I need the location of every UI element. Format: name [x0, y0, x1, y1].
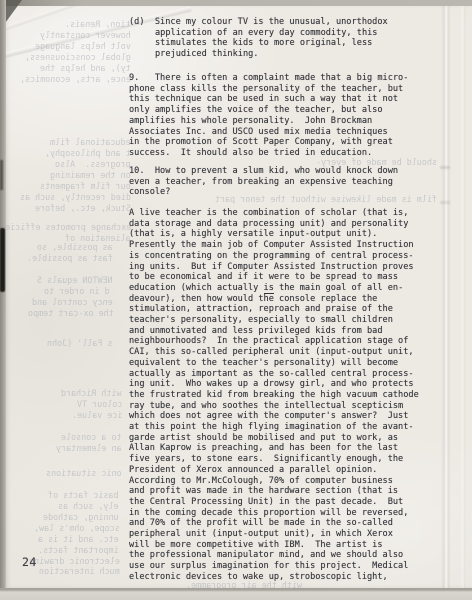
body-line-5: is concentrating on the programming of c…: [129, 251, 414, 262]
body-line-26: According to Mr.McColough, 70% of comput…: [129, 476, 393, 487]
item-10-line-2: even a teacher, from breaking an expensi…: [129, 177, 393, 188]
item-9-line-7: in the promotion of Scott Paper Company,…: [129, 137, 393, 148]
body-line-2: data storage and data processing unit) a…: [129, 219, 408, 230]
body-line-4: Presently the main job of Computer Assis…: [129, 240, 414, 251]
body-line-13: neighbourhoods? In the practical applica…: [129, 336, 408, 347]
bleedthrough-line: important facts.: [38, 545, 119, 555]
scanned-page: { "page": { "number": "24", "line_height…: [0, 0, 472, 600]
bleedthrough-line: fast as possible.: [27, 253, 113, 263]
bleedthrough-line: d in order to: [44, 286, 110, 296]
binding-edge-mark: [0, 160, 3, 190]
bleedthrough-line: on the remaining: [50, 170, 131, 180]
bleedthrough-line: however constantly: [40, 30, 131, 40]
body-line-17: ing unit. Who wakes up a drowsy girl, an…: [129, 379, 414, 390]
item-9-line-4: only amplifies the voice of the teacher,…: [129, 105, 383, 116]
bleedthrough-line: t and philosophy,: [45, 148, 131, 158]
bleedthrough-line: volt helps language: [35, 41, 131, 51]
crease-notch: [440, 166, 450, 169]
item-d-line-1: (d) Since my colour TV is the unusual, u…: [129, 17, 388, 28]
item-9-line-8: success. It should also be tried in educ…: [129, 148, 372, 159]
body-line-18: the frustrated kid from breaking the hig…: [129, 390, 419, 401]
body-line-21: at this point the high flying imaginatio…: [129, 422, 414, 433]
body-line-14: CAI, this so-called peripheral unit (inp…: [129, 347, 414, 358]
body-line-35: electronic devices to wake up, strobosco…: [129, 572, 388, 583]
body-line-34: use our surplus imagination for this pro…: [129, 561, 408, 572]
item-9-line-5: amplifies his whole personality. John Br…: [129, 116, 372, 127]
body-line-22: garde artist should be mobilised and put…: [129, 433, 398, 444]
bleedthrough-line: ence, arts, economics,: [20, 74, 131, 84]
body-line-1: A live teacher is the combination of sch…: [129, 208, 408, 219]
bleedthrough-line: etc. and it is a: [38, 534, 119, 544]
bleedthrough-line: ency control and: [32, 297, 113, 307]
body-line-10: stimulation, attraction, reproach and pr…: [129, 304, 393, 315]
bleedthrough-line: progress. Also: [55, 159, 131, 169]
bleedthrough-line: the ox-cart tempo: [28, 308, 114, 318]
bleedthrough-line: as possible, so: [37, 242, 113, 252]
page-number: 24: [22, 555, 37, 569]
body-line-9: deavour), then how would the console rep…: [129, 294, 377, 305]
scanner-edge-left: [0, 0, 6, 600]
body-line-3: (that is, a highly versatile input-outpu…: [129, 229, 377, 240]
vertical-fold-crease-faint: [460, 4, 466, 589]
bleedthrough-line: tion, Renais.: [65, 19, 131, 29]
bleedthrough-line: Stuck, etc., before: [35, 203, 131, 213]
body-line-24: five years, to stone ears. Significantly…: [129, 454, 403, 465]
body-line-32: will be more competitive with IBM. The a…: [129, 540, 383, 551]
item-d-line-2: application of an every day commodity, t…: [155, 28, 377, 39]
bleedthrough-line: s Fall' (John: [47, 338, 113, 348]
bleedthrough-line: ty), and helps the: [40, 63, 131, 73]
body-line-7: to be economical and if it were to be sp…: [129, 272, 398, 283]
scanner-edge-top: [0, 0, 472, 6]
vertical-fold-crease: [441, 4, 451, 589]
body-line-27: and profit was made in the hardware sect…: [129, 486, 398, 497]
bleedthrough-line: to a console: [61, 432, 122, 442]
item-9-line-6: Associates Inc. and USCO used mix media …: [129, 127, 388, 138]
item-10-line-3: console?: [129, 187, 170, 198]
bleedthrough-line: our film fragments: [40, 181, 131, 191]
body-line-12: and unmotivated and less privileged kids…: [129, 326, 383, 337]
scanner-edge-bottom: [0, 588, 472, 600]
bleedthrough-line: ice value.: [72, 410, 122, 420]
bleedthrough-line: exchange promotes efficiency,: [0, 222, 131, 232]
crease-notch: [440, 201, 450, 204]
body-line-23: Allan Kaprow is preaching, and has been …: [129, 443, 398, 454]
bleedthrough-line: scope, ohm's law,: [34, 523, 120, 533]
bleedthrough-line: film is made likewise without the tenor …: [215, 194, 437, 204]
bleedthrough-line: global consciousness,: [25, 52, 131, 62]
item-9-line-3: this technique can be used in such a way…: [129, 94, 398, 105]
body-line-31: peripheral unit (input-output unit), in …: [129, 529, 393, 540]
body-line-25: President of Xerox announced a parallel …: [129, 465, 377, 476]
item-10-line-1: 10. How to prevent a slum kid, who would…: [129, 166, 398, 177]
item-9-line-2: phone class kills the personality of the…: [129, 84, 403, 95]
body-line-16: actually as important as the so-called c…: [129, 369, 414, 380]
bleedthrough-line: ely, such as: [58, 501, 119, 511]
bleedthrough-line: died recently, such as: [20, 192, 131, 202]
bleedthrough-line: unning, cathode: [43, 512, 119, 522]
bleedthrough-line: onic situations: [46, 468, 122, 478]
body-line-28: the Central Processing Unit) in the past…: [129, 497, 403, 508]
scan-area: tion, Renais.however constantlyvolt help…: [0, 0, 472, 600]
body-line-6: ing units. But if Computer Assisted Inst…: [129, 262, 414, 273]
bleedthrough-line: electronic drawing.: [24, 556, 120, 566]
item-d-line-4: prejudiced thinking.: [155, 49, 258, 60]
item-9-line-1: 9. There is often a complaint made that …: [129, 73, 408, 84]
body-line-20: which does not agree with the computer's…: [129, 411, 408, 422]
item-d-line-3: stimulates the kids to more original, le…: [155, 38, 372, 49]
bleedthrough-line: basic facts of: [48, 490, 119, 500]
body-line-29: in the coming decade this proportion wil…: [129, 508, 408, 519]
body-line-19: ray tube, and who soothes the intellectu…: [129, 401, 403, 412]
binding-edge-blotch: [0, 228, 5, 292]
body-line-15: equivalent to the teacher's personality)…: [129, 358, 398, 369]
bleedthrough-line: an elementary: [56, 443, 122, 453]
bleedthrough-line: educational film: [50, 137, 131, 147]
bleedthrough-line: much interaction: [39, 566, 120, 576]
bleedthrough-line: NEWTON equals 5: [37, 275, 113, 285]
body-line-11: teacher's personality, especially to sma…: [129, 315, 393, 326]
body-line-8: education (which actually is the main go…: [129, 283, 403, 294]
body-line-33: the professional manipulator mind, and w…: [129, 550, 403, 561]
body-line-30: and 70% of the profit will be made in th…: [129, 518, 393, 529]
bleedthrough-line: with Richard: [61, 388, 122, 398]
bleedthrough-line: colour TV: [77, 399, 122, 409]
